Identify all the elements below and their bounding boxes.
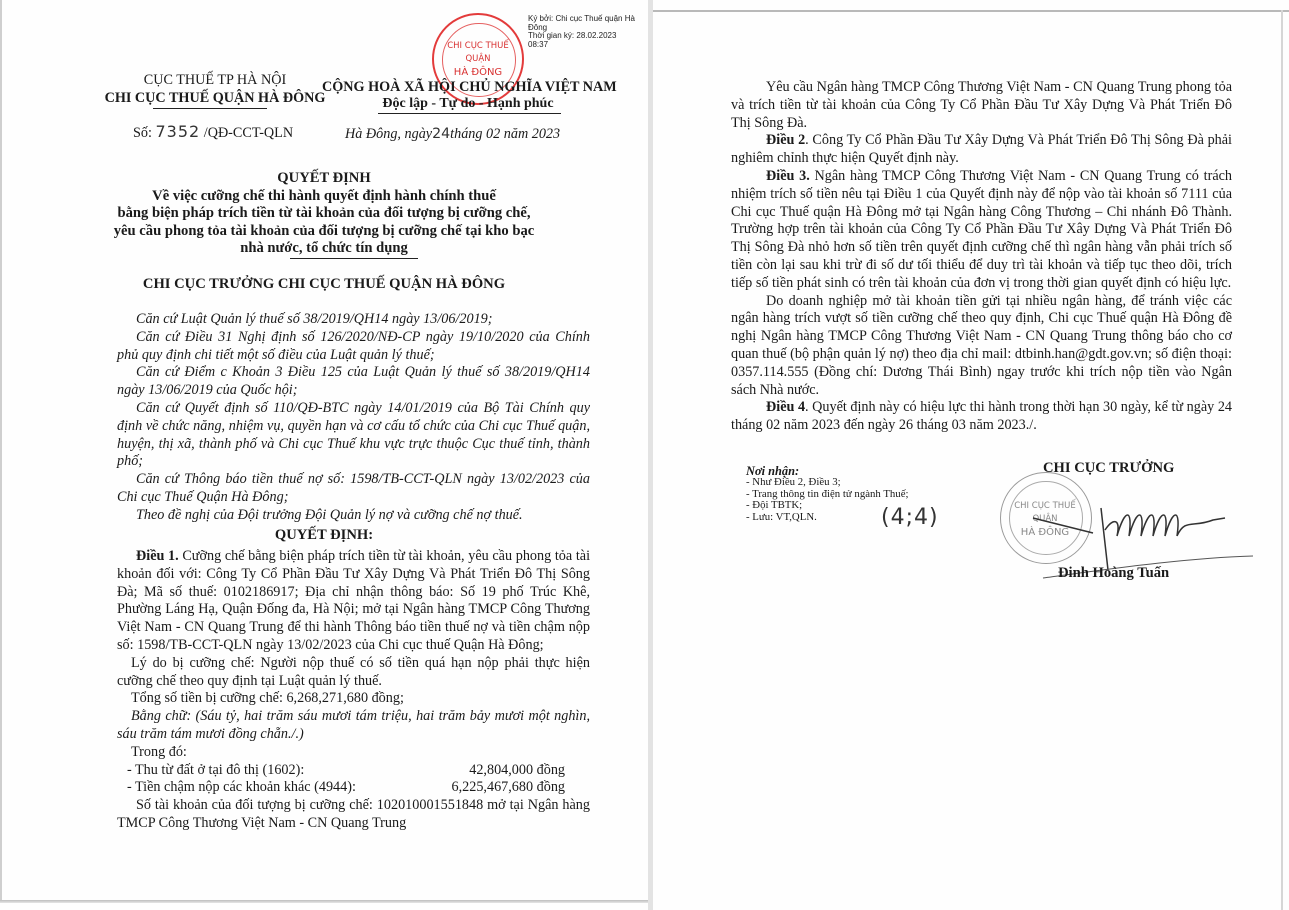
parent-agency: CỤC THUẾ TP HÀ NỘI — [100, 72, 330, 89]
bank-request: Yêu cầu Ngân hàng TMCP Công Thương Việt … — [731, 79, 1232, 132]
breakdown-item-amount: 6,225,467,680 đồng — [452, 779, 566, 797]
breakdown-item-label: - Thu từ đất ở tại đô thị (1602): — [127, 762, 304, 780]
total-amount: Tổng số tiền bị cưỡng chế: 6,268,271,680… — [117, 690, 590, 708]
notification-note: Do doanh nghiệp mở tài khoản tiền gửi tạ… — [731, 293, 1232, 400]
article-3: Điều 3. Ngân hàng TMCP Công Thương Việt … — [731, 168, 1232, 293]
date-prefix: Hà Đông, ngày — [345, 126, 432, 142]
basis-item: Căn cứ Điều 31 Nghị định số 126/2020/NĐ-… — [117, 329, 590, 365]
article-label: Điều 2 — [766, 132, 805, 148]
title-heading: QUYẾT ĐỊNH — [0, 170, 648, 188]
date-suffix: tháng 02 năm 2023 — [450, 126, 560, 142]
agency-name: CHI CỤC THUẾ QUẬN HÀ ĐÔNG — [95, 90, 335, 107]
article-label: Điều 1. — [136, 548, 179, 564]
breakdown-item-label: - Tiền chậm nộp các khoản khác (4944): — [127, 779, 356, 797]
issue-date: Hà Đông, ngày24tháng 02 năm 2023 — [345, 126, 560, 143]
breakdown-row: - Tiền chậm nộp các khoản khác (4944): 6… — [117, 779, 590, 797]
title-line: nhà nước, tổ chức tín dụng — [0, 240, 648, 258]
page-edge — [0, 0, 2, 902]
handwritten-note: (4;4) — [881, 505, 939, 530]
seal-text: HÀ ĐÔNG — [432, 67, 524, 78]
decision-title: QUYẾT ĐỊNH Về việc cưỡng chế thi hành qu… — [0, 170, 648, 258]
article-4: Điều 4. Quyết định này có hiệu lực thi h… — [731, 399, 1232, 435]
breakdown-label: Trong đó: — [117, 744, 590, 762]
page-2-body: Yêu cầu Ngân hàng TMCP Công Thương Việt … — [731, 79, 1232, 435]
issuing-authority: CHI CỤC TRƯỞNG CHI CỤC THUẾ QUẬN HÀ ĐÔNG — [0, 276, 648, 293]
article-1: Điều 1. Cưỡng chế bằng biện pháp trích t… — [117, 548, 590, 833]
article-text: . Quyết định này có hiệu lực thi hành tr… — [731, 399, 1232, 433]
basis-item: Căn cứ Luật Quản lý thuế số 38/2019/QH14… — [117, 311, 590, 329]
divider — [378, 113, 561, 114]
legal-basis: Căn cứ Luật Quản lý thuế số 38/2019/QH14… — [117, 311, 590, 525]
document-page-2: Yêu cầu Ngân hàng TMCP Công Thương Việt … — [653, 0, 1289, 910]
article-label: Điều 3. — [766, 168, 810, 184]
page-edge — [653, 10, 1289, 12]
divider — [153, 108, 267, 109]
number-prefix: Số: — [133, 125, 152, 141]
signer-name: Đinh Hoàng Tuấn — [1058, 565, 1169, 582]
seal-text: CHI CỤC THUẾ — [432, 41, 524, 51]
signed-by: Ký bởi: Chi cục Thuế quận Hà Đông — [528, 15, 638, 32]
title-line: bằng biện pháp trích tiền từ tài khoản c… — [0, 205, 648, 223]
title-line: yêu cầu phong tỏa tài khoản của đối tượn… — [0, 223, 648, 241]
digital-signature-info: Ký bởi: Chi cục Thuế quận Hà Đông Thời g… — [528, 15, 638, 49]
number-suffix: /QĐ-CCT-QLN — [204, 125, 293, 141]
page-edge — [1281, 10, 1283, 910]
breakdown-item-amount: 42,804,000 đồng — [469, 762, 565, 780]
handwritten-day: 24 — [432, 126, 450, 142]
country-name: CỘNG HOÀ XÃ HỘI CHỦ NGHĨA VIỆT NAM — [322, 79, 614, 96]
article-label: Điều 4 — [766, 399, 805, 415]
article-text: . Công Ty Cổ Phần Đầu Tư Xây Dựng Và Phá… — [731, 132, 1232, 166]
breakdown-row: - Thu từ đất ở tại đô thị (1602): 42,804… — [117, 762, 590, 780]
article-text: Cưỡng chế bằng biện pháp trích tiền từ t… — [117, 548, 590, 653]
amount-in-words: Bằng chữ: (Sáu tỷ, hai trăm sáu mươi tám… — [117, 708, 590, 744]
basis-item: Căn cứ Thông báo tiền thuế nợ số: 1598/T… — [117, 471, 590, 507]
national-motto: Độc lập - Tự do - Hạnh phúc — [322, 96, 614, 112]
article-2: Điều 2. Công Ty Cổ Phần Đầu Tư Xây Dựng … — [731, 132, 1232, 168]
enforcement-reason: Lý do bị cưỡng chế: Người nộp thuế có số… — [117, 655, 590, 691]
handwritten-number: 7352 — [155, 122, 200, 141]
page-edge — [0, 900, 648, 903]
basis-item: Theo đề nghị của Đội trưởng Đội Quản lý … — [117, 507, 590, 525]
divider — [290, 258, 418, 259]
account-number: Số tài khoản của đối tượng bị cưỡng chế:… — [117, 797, 590, 833]
decision-heading: QUYẾT ĐỊNH: — [0, 527, 648, 544]
seal-text: QUẬN — [432, 54, 524, 64]
signer-title: CHI CỤC TRƯỞNG — [1043, 460, 1174, 477]
title-line: Về việc cưỡng chế thi hành quyết định hà… — [0, 188, 648, 206]
signed-time: Thời gian ký: 28.02.2023 08:37 — [528, 32, 638, 49]
article-text: Ngân hàng TMCP Công Thương Việt Nam - CN… — [731, 168, 1232, 291]
basis-item: Căn cứ Quyết định số 110/QĐ-BTC ngày 14/… — [117, 400, 590, 471]
basis-item: Căn cứ Điểm c Khoản 3 Điều 125 của Luật … — [117, 364, 590, 400]
document-page-1: CHI CỤC THUẾ QUẬN HÀ ĐÔNG Ký bởi: Chi cụ… — [0, 0, 648, 910]
document-number: Số: 7352 /QĐ-CCT-QLN — [133, 122, 293, 142]
